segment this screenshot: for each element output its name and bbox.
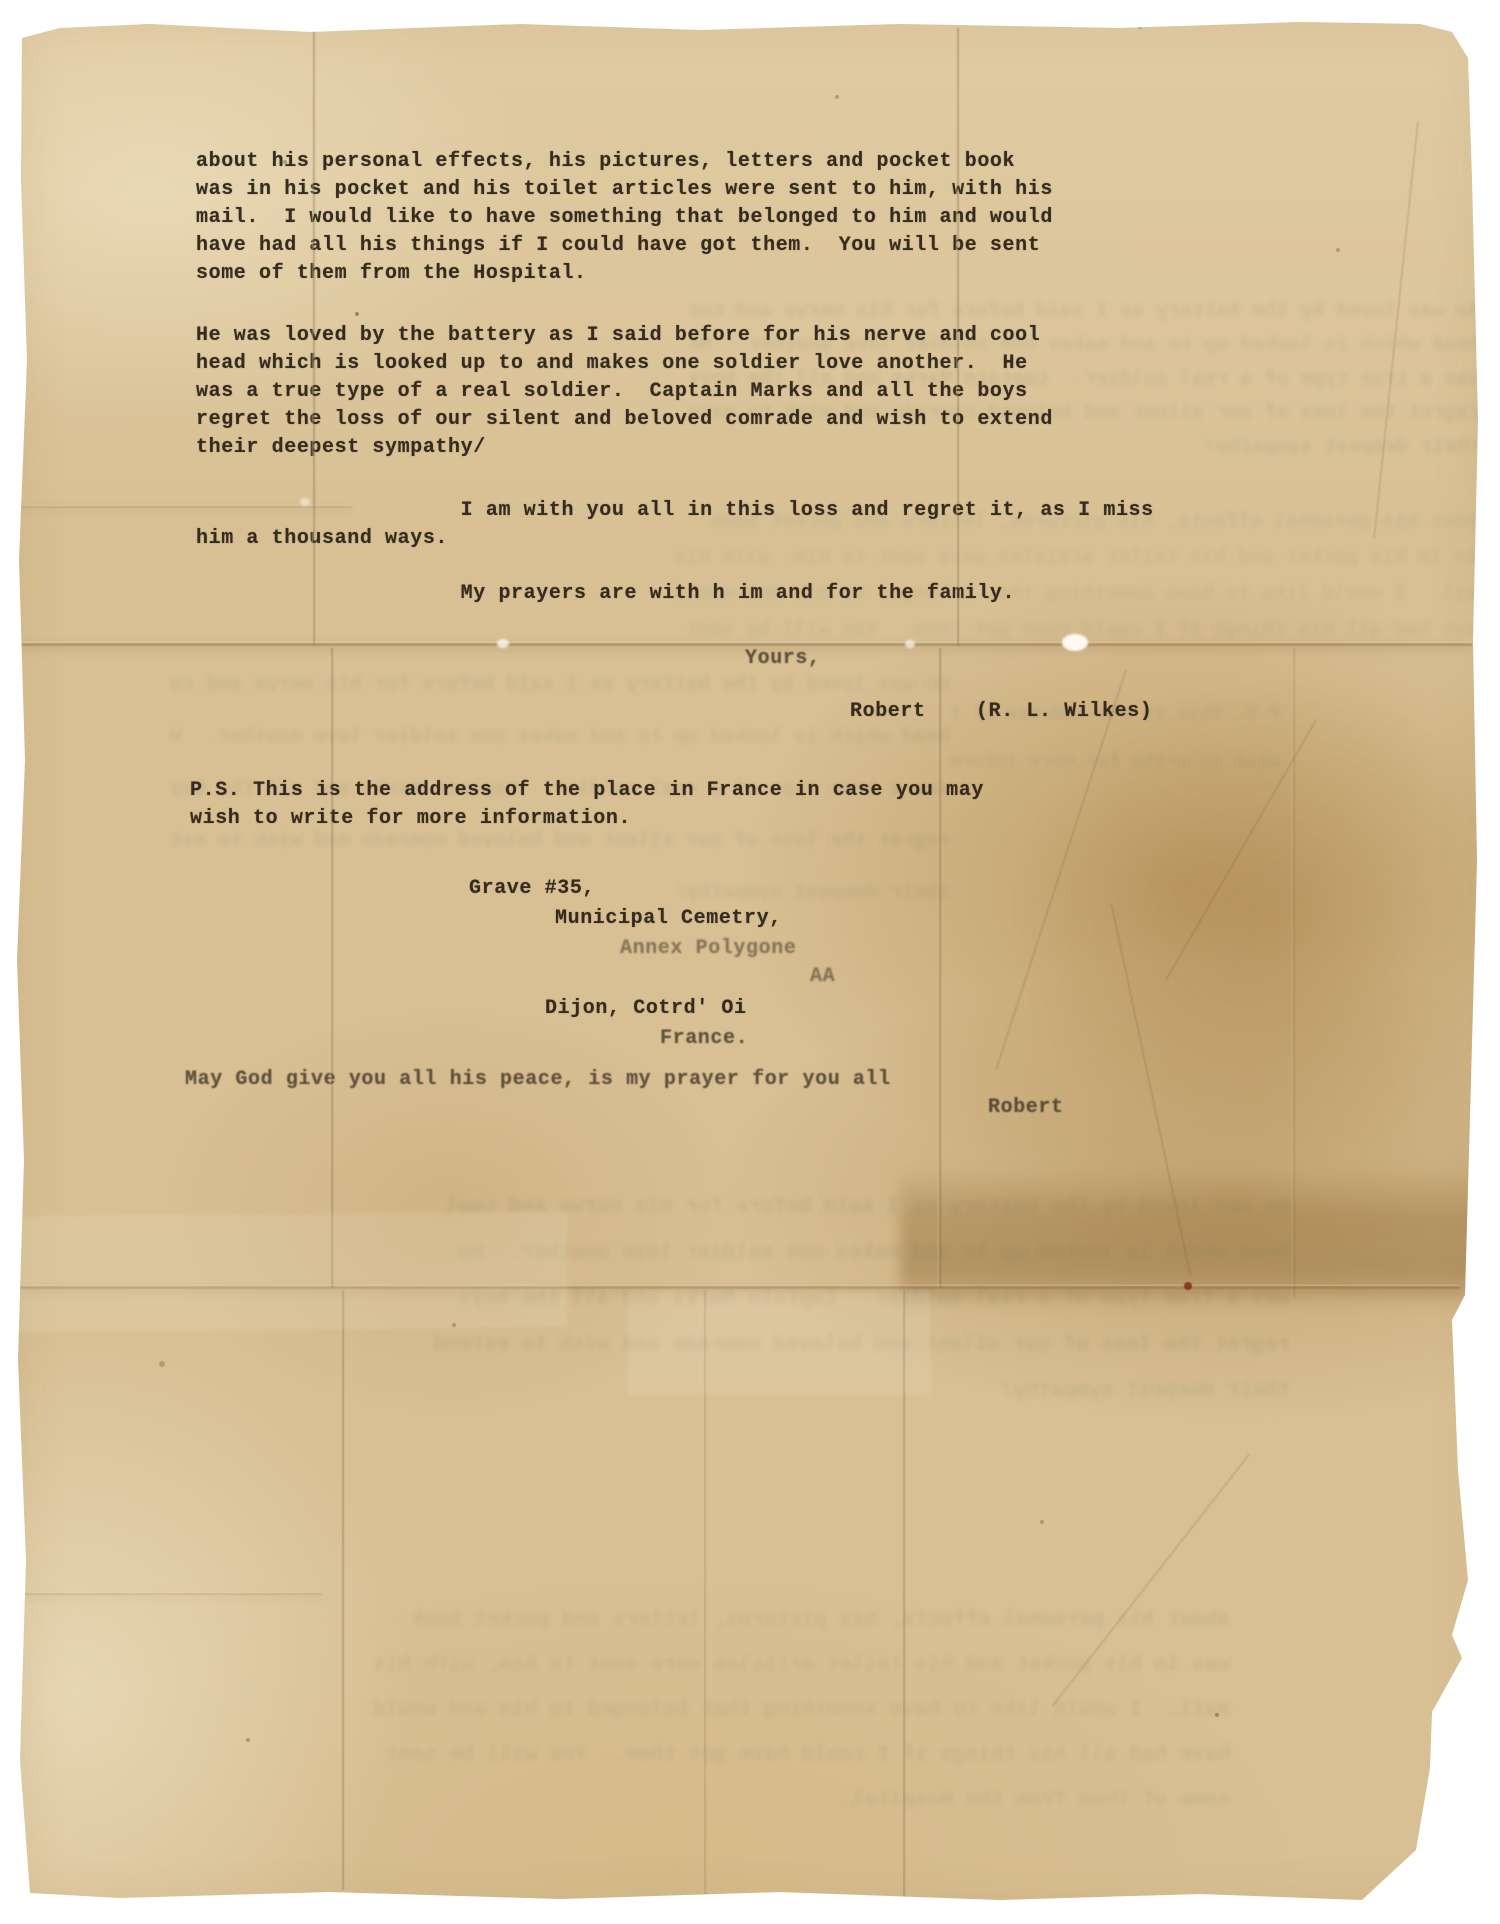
wrinkle-line-1: [995, 670, 1127, 1070]
fold-line-vertical-left-mid: [330, 648, 333, 1288]
fold-line-vertical-center-mid: [938, 648, 941, 1288]
paper-specks: [0, 0, 4, 4]
signature-robert-second: Robert: [988, 1094, 1064, 1122]
postscript: P.S. This is the address of the place in…: [190, 777, 984, 833]
tape-patch-left: [0, 1212, 567, 1331]
closing-yours: Yours,: [745, 645, 821, 673]
tear-spot-center-fold: [1062, 634, 1088, 651]
fold-line-horizontal-small-bottom: [22, 1593, 322, 1595]
address-grave-line: Grave #35,: [469, 875, 595, 903]
address-annex-line: Annex Polygone: [620, 935, 796, 963]
wrinkle-line-2: [1111, 904, 1192, 1276]
paragraph-prayers: My prayers are with h im and for the fam…: [196, 580, 1015, 608]
scanned-letter-page: He was loved by the battery as I said be…: [0, 0, 1500, 1924]
tear-spot-left-fold: [497, 639, 509, 648]
fold-line-vertical-right: [1292, 648, 1295, 1298]
wrinkle-line-4: [1052, 1453, 1251, 1706]
bleedthrough-text-bottom: about his personal effects, his pictures…: [150, 1598, 1230, 1813]
fold-line-horizontal-major-upper: [22, 643, 1472, 646]
wrinkle-line-5: [1373, 121, 1419, 539]
address-cemetery-line: Municipal Cemetry,: [555, 905, 782, 933]
blessing-line: May God give you all his peace, is my pr…: [185, 1066, 891, 1094]
tape-patch-middle: [628, 1292, 930, 1394]
paragraph-loved-by-battery: He was loved by the battery as I said be…: [196, 322, 1053, 462]
fold-line-horizontal-small-left: [22, 506, 352, 508]
paper-sheet: He was loved by the battery as I said be…: [0, 0, 1500, 1924]
tear-spot-mid-fold: [905, 640, 915, 648]
fold-line-vertical-left-bottom: [341, 1290, 344, 1890]
address-aa-line: AA: [810, 963, 835, 991]
paragraph-personal-effects: about his personal effects, his pictures…: [196, 148, 1053, 288]
fold-line-vertical-left-top: [312, 30, 315, 645]
fold-line-vertical-center-top: [956, 28, 959, 646]
tear-spot-upper-left: [300, 498, 310, 506]
address-france-line: France.: [660, 1025, 748, 1053]
address-dijon-line: Dijon, Cotrd' Oi: [545, 995, 747, 1023]
